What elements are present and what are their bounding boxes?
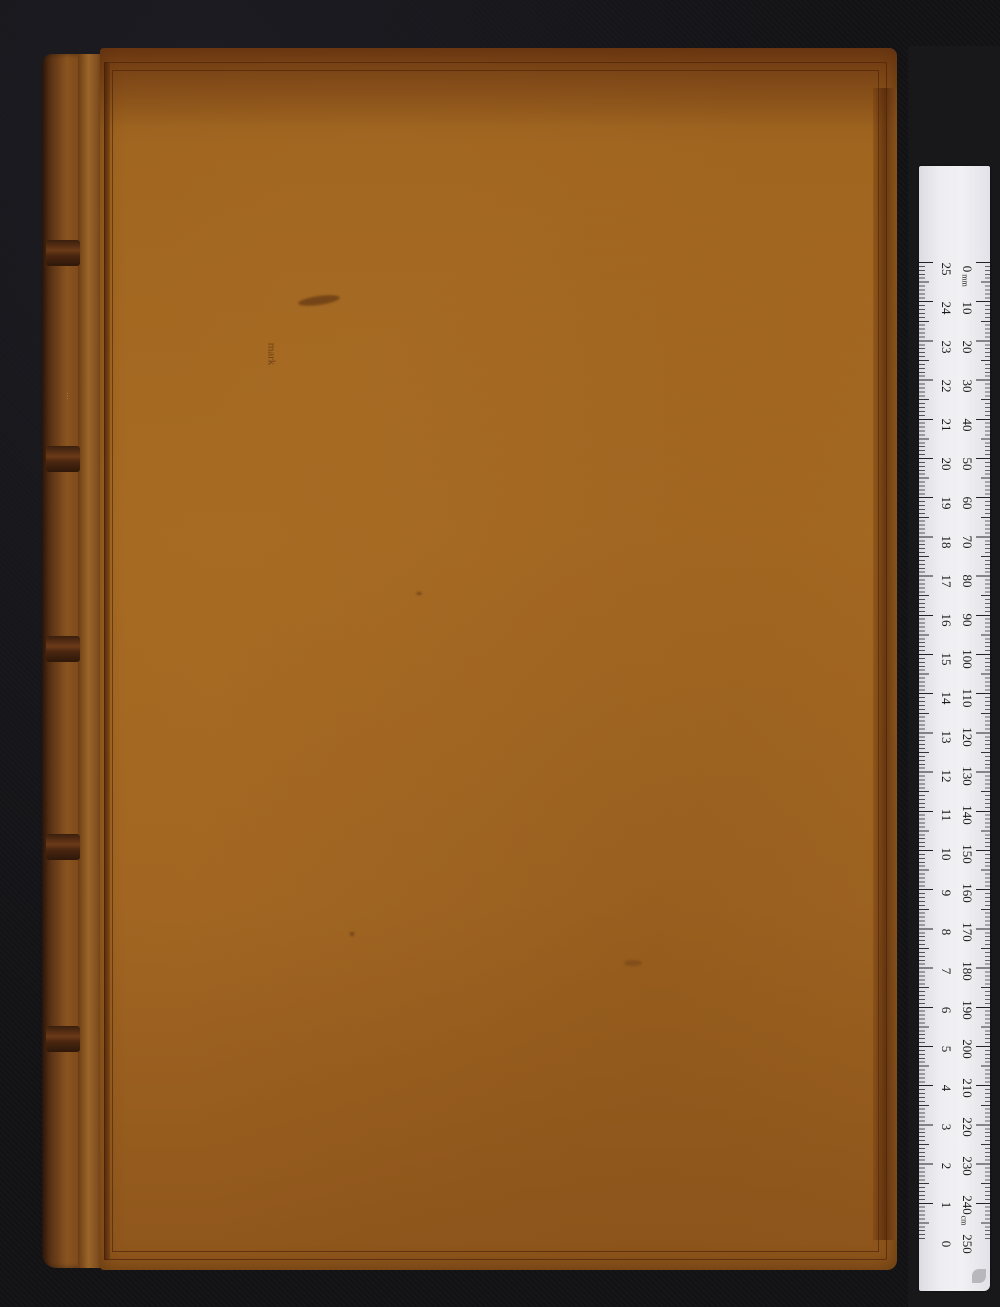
- ruler-inch-label: 16: [939, 605, 953, 635]
- ruler-mm-label: 130: [960, 761, 974, 791]
- ruler-inch-label: 11: [939, 800, 953, 830]
- ruler-mm-label: 200: [960, 1034, 974, 1064]
- ruler-mm-label: 160: [960, 878, 974, 908]
- ruler-inch-label: 14: [939, 683, 953, 713]
- ruler-inch-label: 6: [939, 995, 953, 1025]
- spine-raised-band: [46, 834, 80, 860]
- spine-raised-band: [46, 636, 80, 662]
- ruler-mm-label: 20: [960, 332, 974, 362]
- ruler-mm-label: 100: [960, 644, 974, 674]
- cover-inner-fillet: [112, 70, 879, 1252]
- ruler-inch-label: 25: [939, 254, 953, 284]
- ruler-ticks-left: [919, 262, 933, 1242]
- cover-left-rule: [104, 62, 110, 1260]
- spine-raised-band: [46, 446, 80, 472]
- ruler-inch-label: 24: [939, 293, 953, 323]
- ruler-mm-label: 70: [960, 527, 974, 557]
- ruler-inch-label: 15: [939, 644, 953, 674]
- ruler-inch-label: 0: [939, 1229, 953, 1259]
- ruler-inch-label: 13: [939, 722, 953, 752]
- ruler-corner-wear: [972, 1269, 986, 1283]
- ruler-inch-label: 12: [939, 761, 953, 791]
- ruler-mm-label: 180: [960, 956, 974, 986]
- ruler-inch-label: 8: [939, 917, 953, 947]
- ruler-inch-label: 21: [939, 410, 953, 440]
- ruler-mm-label: 220: [960, 1112, 974, 1142]
- ruler-mm-label: 120: [960, 722, 974, 752]
- ruler-mm-label: 90: [960, 605, 974, 635]
- measurement-ruler: 25 24 23 22 21 20 19 18 17 16 15 14 13 1…: [919, 166, 990, 1291]
- cover-stain: [350, 932, 354, 936]
- ruler-inch-label: 4: [939, 1073, 953, 1103]
- ruler-mm-label: 50: [960, 449, 974, 479]
- ruler-inch-label: 22: [939, 371, 953, 401]
- ruler-mm-label: 150: [960, 839, 974, 869]
- ruler-inch-label: 9: [939, 878, 953, 908]
- ruler-mm-label: 60: [960, 488, 974, 518]
- ruler-inch-label: 3: [939, 1112, 953, 1142]
- ruler-mm-label: 110: [960, 683, 974, 713]
- front-cover: mark: [100, 48, 897, 1270]
- ruler-mm-label: 80: [960, 566, 974, 596]
- ruler-inch-label: 23: [939, 332, 953, 362]
- ruler-cm-unit: cm: [959, 1216, 968, 1226]
- ruler-mm-unit: mm: [961, 274, 970, 286]
- ruler-inch-label: 19: [939, 488, 953, 518]
- ruler-inch-label: 7: [939, 956, 953, 986]
- ruler-inch-label: 1: [939, 1190, 953, 1220]
- ruler-mm-label: 10: [960, 293, 974, 323]
- ruler-inch-label: 5: [939, 1034, 953, 1064]
- spine-raised-band: [46, 1026, 80, 1052]
- spine-raised-band: [46, 240, 80, 266]
- ruler-mm-label: 190: [960, 995, 974, 1025]
- ruler-mm-label: 30: [960, 371, 974, 401]
- cover-stain: [416, 592, 422, 595]
- ruler-mm-label: 170: [960, 917, 974, 947]
- ruler-inch-label: 10: [939, 839, 953, 869]
- ruler-inch-label: 17: [939, 566, 953, 596]
- ruler-inch-label: 20: [939, 449, 953, 479]
- leather-book: … mark: [42, 48, 897, 1270]
- book-spine: …: [42, 54, 104, 1268]
- ruler-mm-label: 250: [960, 1229, 974, 1259]
- ruler-mm-label: 230: [960, 1151, 974, 1181]
- spine-title: …: [50, 392, 74, 424]
- cover-fore-edge: [873, 88, 897, 1240]
- cover-stain: [624, 960, 642, 966]
- ruler-mm-label: 140: [960, 800, 974, 830]
- ruler-inch-label: 18: [939, 527, 953, 557]
- ruler-mm-label: 210: [960, 1073, 974, 1103]
- ruler-mm-label: 40: [960, 410, 974, 440]
- ruler-inch-label: 2: [939, 1151, 953, 1181]
- cover-scribble: mark: [265, 343, 277, 366]
- ruler-ticks-right: [976, 262, 990, 1242]
